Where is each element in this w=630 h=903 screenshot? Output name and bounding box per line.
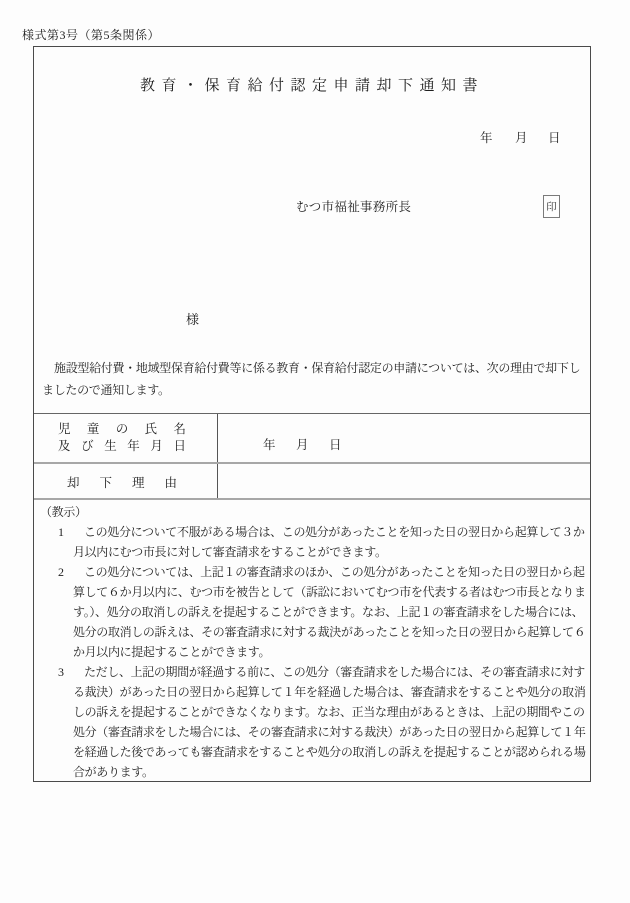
kyoji-line: る裁決）があった日の翌日から起算して１年を経過した場合は、審査請求をすることや処… [34, 682, 590, 702]
dob-day-label: 日 [329, 435, 342, 453]
kyoji-line-text: ただし、上記の期間が経過する前に、この処分（審査請求をした場合には、その審査請求… [84, 665, 585, 679]
child-name-dob-label: 児童の氏名 及び生年月日 [58, 421, 186, 455]
rejection-reason-label: 却下理由 [67, 475, 177, 491]
kyoji-line-text: 算して６か月以内に、むつ市を被告として（訴訟においてむつ市を代表する者はむつ市長… [73, 585, 586, 599]
form-number-label: 様式第3号（第5条関係） [22, 26, 160, 43]
kyoji-line: 処分の取消しの訴えは、その審査請求に対する裁決があったことを知った日の翌日から起… [34, 622, 590, 642]
kyoji-line: 1この処分について不服がある場合は、この処分があったことを知った日の翌日から起算… [34, 522, 590, 542]
kyoji-section: （教示） 1この処分について不服がある場合は、この処分があったことを知った日の翌… [34, 502, 590, 782]
date-day-label: 日 [548, 128, 561, 146]
rejection-reason-label-line: 却下理由 [67, 475, 177, 491]
kyoji-lines: 1この処分について不服がある場合は、この処分があったことを知った日の翌日から起算… [34, 522, 590, 782]
date-year-label: 年 [480, 128, 493, 146]
child-dob-value-cell: 年 月 日 [217, 435, 590, 455]
kyoji-line: か月以内に提起することができます。 [34, 642, 590, 662]
notice-body-line-2: ましたので通知します。 [42, 379, 587, 401]
kyoji-line-text: 処分の取消しの訴えは、その審査請求に対する裁決があったことを知った日の翌日から起… [73, 625, 586, 639]
kyoji-heading: （教示） [34, 502, 590, 522]
kyoji-line: 2この処分については、上記１の審査請求のほか、この処分があったことを知った日の翌… [34, 562, 590, 582]
document-title: 教育・保育給付認定申請却下通知書 [34, 74, 590, 95]
issue-date-line: 年 月 日 [34, 128, 590, 144]
kyoji-line: しの訴えを提起することができなくなります。なお、正当な理由があるときは、上記の期… [34, 702, 590, 722]
notice-body-line-1: 施設型給付費・地域型保育給付費等に係る教育・保育給付認定の申請については、次の理… [42, 357, 587, 379]
seal-stamp-box: 印 [543, 195, 560, 218]
seal-character: 印 [546, 199, 557, 214]
kyoji-line-text: 合があります。 [73, 765, 154, 779]
addressee-sama-label: 様 [186, 309, 199, 328]
kyoji-line: 月以内にむつ市長に対して審査請求をすることができます。 [34, 542, 590, 562]
kyoji-line: 処分（審査請求をした場合には、その審査請求に対する裁決）があった日の翌日から起算… [34, 722, 590, 742]
document-page: { "page": { "form_label": "様式第3号（第5条関係）"… [0, 0, 630, 903]
kyoji-line: す。）、処分の取消しの訴えを提起することができます。なお、上記１の審査請求をした… [34, 602, 590, 622]
kyoji-line-text: 処分（審査請求をした場合には、その審査請求に対する裁決）があった日の翌日から起算… [73, 725, 585, 739]
kyoji-line-text: を経過した後であっても審査請求をすることや処分の取消しの訴えを提起することが認め… [73, 745, 585, 759]
kyoji-item-number: 1 [58, 522, 84, 542]
kyoji-line-text: 月以内にむつ市長に対して審査請求をすることができます。 [73, 545, 387, 559]
document-frame: 教育・保育給付認定申請却下通知書 年 月 日 むつ市福祉事務所長 印 様 施設型… [33, 46, 591, 782]
kyoji-line: 3ただし、上記の期間が経過する前に、この処分（審査請求をした場合には、その審査請… [34, 662, 590, 682]
kyoji-line-text: か月以内に提起することができます。 [73, 645, 270, 659]
issuer-name: むつ市福祉事務所長 [296, 197, 411, 215]
kyoji-item-number: 3 [58, 662, 84, 682]
kyoji-line-text: しの訴えを提起することができなくなります。なお、正当な理由があるときは、上記の期… [73, 705, 585, 719]
date-month-label: 月 [515, 128, 528, 146]
kyoji-line-text: この処分については、上記１の審査請求のほか、この処分があったことを知った日の翌日… [84, 565, 585, 579]
kyoji-line: を経過した後であっても審査請求をすることや処分の取消しの訴えを提起することが認め… [34, 742, 590, 762]
kyoji-item-number: 2 [58, 562, 84, 582]
kyoji-line: 合があります。 [34, 762, 590, 782]
child-dob-label-line: 及び生年月日 [58, 438, 186, 455]
kyoji-line-text: る裁決）があった日の翌日から起算して１年を経過した場合は、審査請求をすることや処… [73, 685, 586, 699]
dob-month-label: 月 [296, 435, 309, 453]
notice-body-paragraph: 施設型給付費・地域型保育給付費等に係る教育・保育給付認定の申請については、次の理… [42, 357, 587, 401]
kyoji-line-text: す。）、処分の取消しの訴えを提起することができます。なお、上記１の審査請求をした… [73, 605, 583, 619]
kyoji-line-text: この処分について不服がある場合は、この処分があったことを知った日の翌日から起算し… [84, 525, 585, 539]
kyoji-line: 算して６か月以内に、むつ市を被告として（訴訟においてむつ市を代表する者はむつ市長… [34, 582, 590, 602]
dob-year-label: 年 [263, 435, 276, 453]
rejection-reason-value-cell [217, 462, 590, 498]
rejection-table: 児童の氏名 及び生年月日 年 月 日 却下理由 [34, 413, 590, 500]
child-name-label-line: 児童の氏名 [58, 421, 186, 438]
